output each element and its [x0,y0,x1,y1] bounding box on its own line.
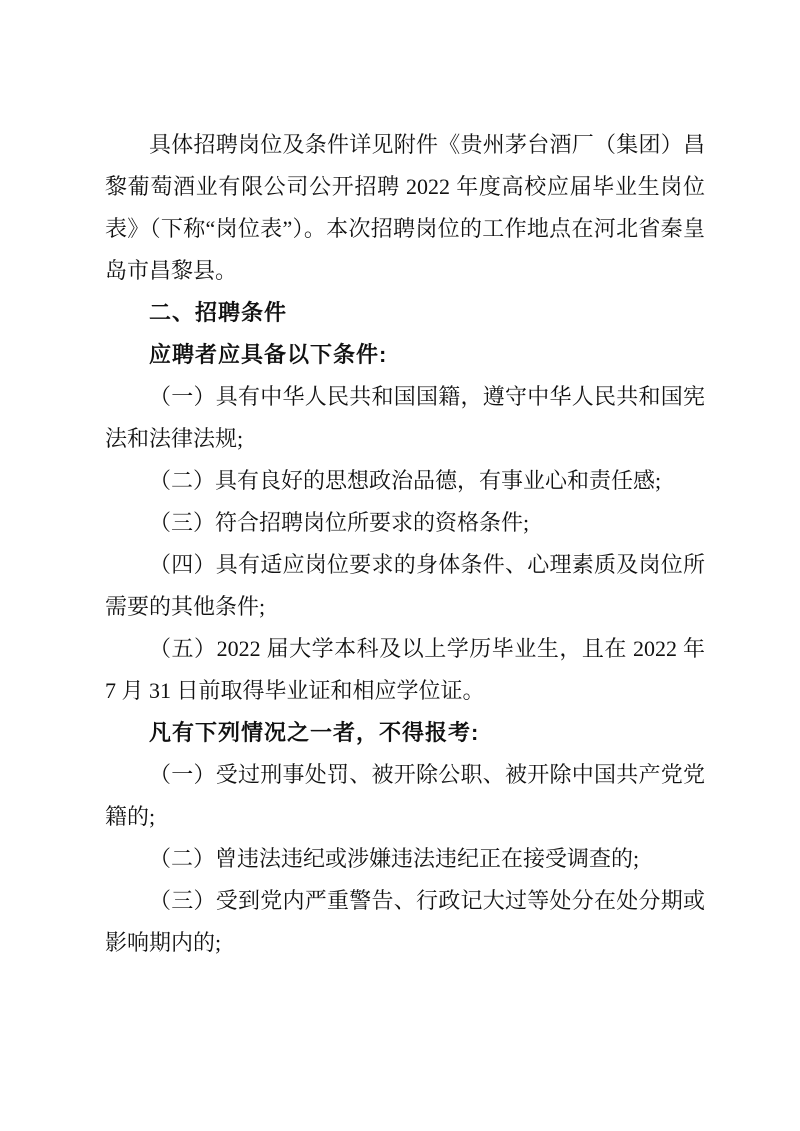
condition-item-2: （二）具有良好的思想政治品德，有事业心和责任感; [105,460,705,502]
disqualification-item-2: （二）曾违法违纪或涉嫌违法违纪正在接受调查的; [105,838,705,880]
document-page: 具体招聘岗位及条件详见附件《贵州茅台酒厂（集团）昌黎葡萄酒业有限公司公开招聘 2… [0,0,800,1131]
section-heading-recruit-conditions: 二、招聘条件 [105,292,705,334]
disqualification-item-1: （一）受过刑事处罚、被开除公职、被开除中国共产党党籍的; [105,754,705,838]
condition-item-1: （一）具有中华人民共和国国籍，遵守中华人民共和国宪法和法律法规; [105,376,705,460]
condition-item-5: （五）2022 届大学本科及以上学历毕业生，且在 2022 年 7 月 31 日… [105,628,705,712]
subheading-disqualifications: 凡有下列情况之一者，不得报考: [105,712,705,754]
condition-item-4: （四）具有适应岗位要求的身体条件、心理素质及岗位所需要的其他条件; [105,544,705,628]
disqualification-item-3: （三）受到党内严重警告、行政记大过等处分在处分期或影响期内的; [105,880,705,964]
document-text-block: 具体招聘岗位及条件详见附件《贵州茅台酒厂（集团）昌黎葡萄酒业有限公司公开招聘 2… [105,124,705,964]
subheading-applicant-requirements: 应聘者应具备以下条件: [105,334,705,376]
condition-item-3: （三）符合招聘岗位所要求的资格条件; [105,502,705,544]
paragraph-intro-positions: 具体招聘岗位及条件详见附件《贵州茅台酒厂（集团）昌黎葡萄酒业有限公司公开招聘 2… [105,124,705,292]
